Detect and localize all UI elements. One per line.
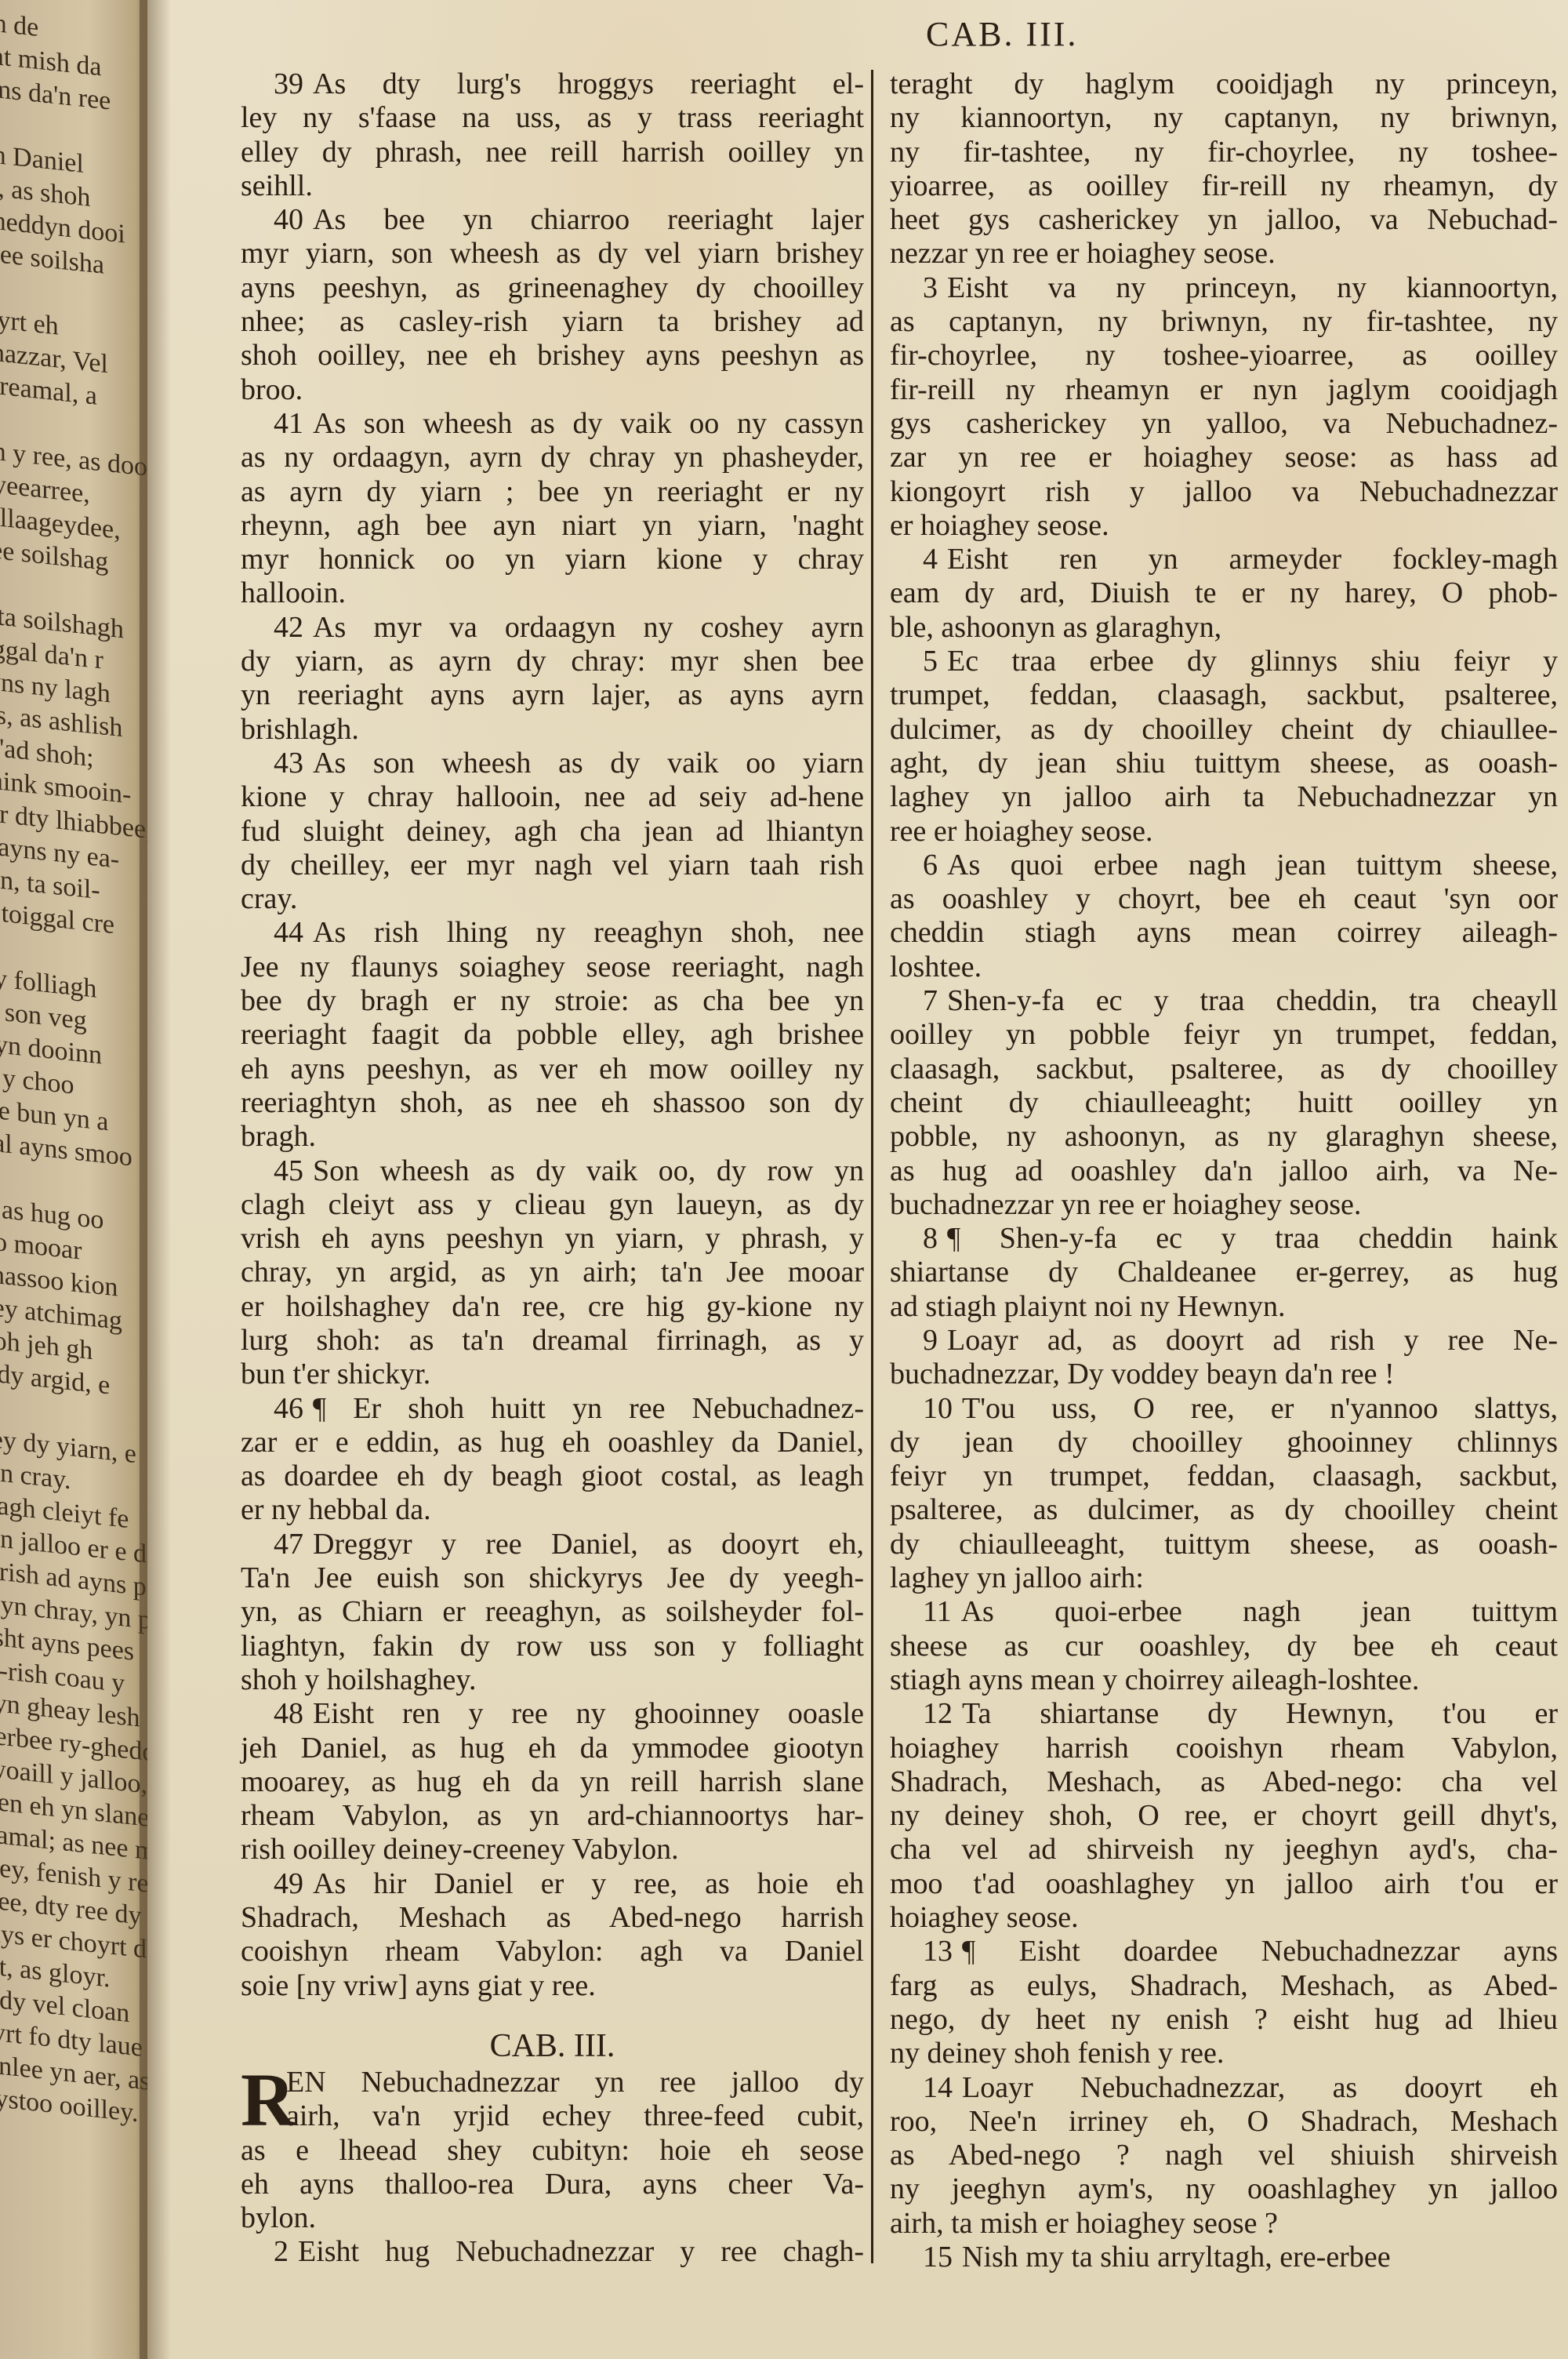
line-text: lurg shoh: as ta'n dreamal firrinagh, as… xyxy=(241,1324,864,1357)
line-text: teraght dy haglym cooidjagh ny princeyn, xyxy=(890,67,1558,100)
line-text: buchadnezzar yn ree er hoiaghey seose. xyxy=(890,1188,1361,1221)
chapter-opening: REN Nebuchadnezzar yn ree jalloo dyairh,… xyxy=(241,2066,864,2235)
verse-line: aght, dy jean shiu tuittym sheese, as oo… xyxy=(890,747,1558,780)
line-text: fir-reill ny rheamyn er nyn jaglym cooid… xyxy=(890,373,1558,406)
line-text: as hug ad ooashley da'n jalloo airh, va … xyxy=(890,1154,1558,1187)
line-text: shoh y hoilshaghey. xyxy=(241,1663,476,1696)
verse-line: yn, as Chiarn er reeaghyn, as soilsheyde… xyxy=(241,1595,864,1629)
line-text: kiongoyrt rish y jalloo va Nebuchadnezza… xyxy=(890,475,1558,508)
verse-number: 9 xyxy=(923,1324,938,1357)
line-text: As quoi erbee nagh jean tuittym sheese, xyxy=(947,849,1558,881)
line-text: yioarree, as ooilley fir-reill ny rheamy… xyxy=(890,169,1558,202)
line-text: As bee yn chiarroo reeriaght lajer xyxy=(313,203,864,236)
verse-number: 10 xyxy=(923,1392,953,1425)
verse-number: 13 xyxy=(923,1935,953,1968)
verse-first-line: 39As dty lurg's hroggys reeriaght el- xyxy=(241,67,864,101)
line-text: cray. xyxy=(241,882,297,915)
line-text: rheam Vabylon, as yn ard-chiannoortys ha… xyxy=(241,1799,864,1832)
continuation-line: nezzar yn ree er hoiaghey seose. xyxy=(890,237,1558,271)
verse-line: brishlagh. xyxy=(241,713,864,747)
verse-number: 14 xyxy=(923,2071,953,2104)
verse-line: shoh y hoilshaghey. xyxy=(241,1663,864,1697)
line-text: As son wheesh as dy vaik oo ny cassyn xyxy=(313,407,864,440)
verse-line: dy yiarn, as ayrn dy chray: myr shen bee xyxy=(241,645,864,678)
verse-first-line: 6As quoi erbee nagh jean tuittym sheese, xyxy=(890,849,1558,882)
verse-line: farg as eulys, Shadrach, Meshach, as Abe… xyxy=(890,1969,1558,2003)
verse-number: 3 xyxy=(923,271,938,304)
line-text: as Abed-nego ? nagh vel shiuish shirveis… xyxy=(890,2139,1558,2172)
verse-line: ad stiagh plaiynt noi ny Hewnyn. xyxy=(890,1290,1558,1324)
verse-number: 15 xyxy=(923,2241,953,2274)
line-text: dy chiaulleeaght, tuittym sheese, as ooa… xyxy=(890,1528,1558,1561)
verse-line: feiyr yn trumpet, feddan, claasagh, sack… xyxy=(890,1459,1558,1493)
line-text: reeriaghtyn shoh, as nee eh shassoo son … xyxy=(241,1086,864,1119)
line-text: fud sluight deiney, agh cha jean ad lhia… xyxy=(241,815,864,848)
verse-number: 2 xyxy=(274,2235,289,2268)
verse-line: seihll. xyxy=(241,169,864,203)
verse-line: as doardee eh dy beagh gioot costal, as … xyxy=(241,1459,864,1493)
verse-line: laghey yn jalloo airh: xyxy=(890,1561,1558,1595)
line-text: laghey yn jalloo airh: xyxy=(890,1561,1144,1594)
verse-line: rish ooilley deiney-creeney Vabylon. xyxy=(241,1833,864,1866)
verse-first-line: 41As son wheesh as dy vaik oo ny cassyn xyxy=(241,407,864,441)
verse-line: moo t'ad ooashlaghey yn jalloo airh t'ou… xyxy=(890,1867,1558,1901)
line-text: ooilley yn pobble feiyr yn trumpet, fedd… xyxy=(890,1018,1558,1051)
verse-first-line: 43As son wheesh as dy vaik oo yiarn xyxy=(241,747,864,780)
line-text: airh, va'n yrjid echey three-feed cubit, xyxy=(286,2099,864,2132)
facing-page-fragment: ole uss nish deon: cur lhiat mish dasoil… xyxy=(0,0,147,2359)
verse-number: 44 xyxy=(274,916,303,949)
line-text: bragh. xyxy=(241,1120,316,1153)
line-text: myr honnick oo yn yiarn kione y chray xyxy=(241,543,864,576)
line-text: Nish my ta shiu arryltagh, ere-erbee xyxy=(962,2241,1391,2274)
line-text: as doardee eh dy beagh gioot costal, as … xyxy=(241,1459,864,1492)
line-text: cha vel ad shirveish ny jeeghyn ayd's, c… xyxy=(890,1833,1558,1866)
text-line: airh, va'n yrjid echey three-feed cubit, xyxy=(241,2099,864,2133)
verse-line: ree er hoiaghey seose. xyxy=(890,815,1558,849)
line-text: Ta'n Jee euish son shickyrys Jee dy yeeg… xyxy=(241,1561,864,1594)
verse-line: ny jeeghyn aym's, ny ooashlaghey yn jall… xyxy=(890,2172,1558,2206)
verse-line: jeh Daniel, as hug eh da ymmodee giootyn xyxy=(241,1732,864,1765)
verse-line: reeriaghtyn shoh, as nee eh shassoo son … xyxy=(241,1086,864,1120)
line-text: Eisht va ny princeyn, ny kiannoortyn, xyxy=(947,271,1558,304)
verse-line: as ny ordaagyn, ayrn dy chray yn phashey… xyxy=(241,441,864,474)
line-text: chray, yn argid, as yn airh; ta'n Jee mo… xyxy=(241,1256,864,1289)
right-column: teraght dy haglym cooidjagh ny princeyn,… xyxy=(890,67,1558,2274)
facing-page-text: ole uss nish deon: cur lhiat mish dasoil… xyxy=(0,0,147,2165)
gutter-shadow xyxy=(140,0,171,2359)
verse-line: dy jean dy chooilley ghooinney chlinnys xyxy=(890,1426,1558,1459)
line-text: dy cheilley, eer myr nagh vel yiarn taah… xyxy=(241,849,864,881)
line-text: eh ayns thalloo-rea Dura, ayns cheer Va- xyxy=(241,2168,864,2201)
verse-line: pobble, ny ashoonyn, as ny glaraghyn she… xyxy=(890,1120,1558,1154)
verse-line: Shadrach, Meshach, as Abed-nego: cha vel xyxy=(890,1765,1558,1799)
verse-line: kione y chray hallooin, nee ad seiy ad-h… xyxy=(241,780,864,814)
continuation-line: teraght dy haglym cooidjagh ny princeyn, xyxy=(890,67,1558,101)
verse-line: ny deiney shoh fenish y ree. xyxy=(890,2037,1558,2070)
verse-line: laghey yn jalloo airh ta Nebuchadnezzar … xyxy=(890,780,1558,814)
line-text: Loayr Nebuchadnezzar, as dooyrt eh xyxy=(962,2071,1558,2104)
verse-first-line: 45Son wheesh as dy vaik oo, dy row yn xyxy=(241,1154,864,1188)
verse-number: 47 xyxy=(274,1528,303,1561)
line-text: as ny ordaagyn, ayrn dy chray yn phashey… xyxy=(241,441,864,474)
line-text: bee dy bragh er ny stroie: as cha bee yn xyxy=(241,984,864,1017)
verse-line: claasagh, sackbut, psalteree, as dy choo… xyxy=(890,1052,1558,1086)
line-text: Eisht ren yn armeyder fockley-magh xyxy=(947,543,1558,576)
verse-line: er hoilshaghey da'n ree, cre hig gy-kion… xyxy=(241,1290,864,1324)
verse-line: cheddin stiagh ayns mean coirrey aileagh… xyxy=(890,916,1558,950)
verse-line: fud sluight deiney, agh cha jean ad lhia… xyxy=(241,815,864,849)
line-text: sheese as cur ooashley, dy bee eh ceaut xyxy=(890,1630,1558,1663)
line-text: Ec traa erbee dy glinnys shiu feiyr y xyxy=(947,645,1558,678)
line-text: ny deiney shoh, O ree, er choyrt geill d… xyxy=(890,1799,1558,1832)
verse-line: rheynn, agh bee ayn niart yn yiarn, 'nag… xyxy=(241,509,864,543)
line-text: Shen-y-fa ec y traa cheddin, tra cheayll xyxy=(947,984,1558,1017)
verse-first-line: 7Shen-y-fa ec y traa cheddin, tra cheayl… xyxy=(890,984,1558,1018)
verse-number: 39 xyxy=(274,67,303,100)
verse-number: 43 xyxy=(274,747,303,780)
verse-line: fir-choyrlee, ny toshee-yioarree, as ooi… xyxy=(890,339,1558,373)
verse-line: sheese as cur ooashley, dy bee eh ceaut xyxy=(890,1630,1558,1663)
verse-number: 6 xyxy=(923,849,938,881)
line-text: gys casherickey yn yalloo, va Nebuchadne… xyxy=(890,407,1558,440)
running-head: CAB. III. xyxy=(926,14,1078,54)
line-text: bun t'er shickyr. xyxy=(241,1358,430,1390)
line-text: er ny hebbal da. xyxy=(241,1493,431,1526)
verse-first-line: 5Ec traa erbee dy glinnys shiu feiyr y xyxy=(890,645,1558,678)
verse-line: buchadnezzar, Dy voddey beayn da'n ree ! xyxy=(890,1358,1558,1391)
verse-line: buchadnezzar yn ree er hoiaghey seose. xyxy=(890,1188,1558,1222)
line-text: As rish lhing ny reeaghyn shoh, nee xyxy=(313,916,864,949)
line-text: Loayr ad, as dooyrt ad rish y ree Ne- xyxy=(947,1324,1558,1357)
line-text: kione y chray hallooin, nee ad seiy ad-h… xyxy=(241,780,864,813)
verse-line: fir-reill ny rheamyn er nyn jaglym cooid… xyxy=(890,373,1558,407)
line-text: T'ou uss, O ree, er n'yannoo slattys, xyxy=(962,1392,1558,1425)
verse-line: gys casherickey yn yalloo, va Nebuchadne… xyxy=(890,407,1558,441)
line-text: yn, as Chiarn er reeaghyn, as soilsheyde… xyxy=(241,1595,864,1628)
verse-line: cooishyn rheam Vabylon: agh va Daniel xyxy=(241,1935,864,1968)
line-text: loshtee. xyxy=(890,951,982,983)
verse-first-line: 3Eisht va ny princeyn, ny kiannoortyn, xyxy=(890,271,1558,305)
line-text: ad stiagh plaiynt noi ny Hewnyn. xyxy=(890,1290,1285,1323)
verse-first-line: 42As myr va ordaagyn ny coshey ayrn xyxy=(241,611,864,645)
verse-line: liaghtyn, fakin dy row uss son y folliag… xyxy=(241,1630,864,1663)
text-line: bylon. xyxy=(241,2201,864,2235)
verse-first-line: 47Dreggyr y ree Daniel, as dooyrt eh, xyxy=(241,1528,864,1561)
line-text: as ooashley y choyrt, bee eh ceaut 'syn … xyxy=(890,882,1558,915)
line-text: feiyr yn trumpet, feddan, claasagh, sack… xyxy=(890,1459,1558,1492)
line-text: Shadrach, Meshach, as Abed-nego: cha vel xyxy=(890,1765,1558,1798)
continuation-line: ny fir-tashtee, ny fir-choyrlee, ny tosh… xyxy=(890,136,1558,169)
verse-line: myr honnick oo yn yiarn kione y chray xyxy=(241,543,864,576)
line-text: claasagh, sackbut, psalteree, as dy choo… xyxy=(890,1052,1558,1085)
line-text: As hir Daniel er y ree, as hoie eh xyxy=(313,1867,864,1900)
verse-line: chray, yn argid, as yn airh; ta'n Jee mo… xyxy=(241,1256,864,1289)
verse-first-line: 13¶ Eisht doardee Nebuchadnezzar ayns xyxy=(890,1935,1558,1968)
verse-line: shiartanse dy Chaldeanee er-gerrey, as h… xyxy=(890,1256,1558,1289)
verse-line: nego, dy heet ny enish ? eisht hug ad lh… xyxy=(890,2003,1558,2037)
line-text: dy jean dy chooilley ghooinney chlinnys xyxy=(890,1426,1558,1459)
line-text: bylon. xyxy=(241,2201,316,2234)
line-text: Ta shiartanse dy Hewnyn, t'ou er xyxy=(962,1697,1558,1730)
continuation-line: ny kiannoortyn, ny captanyn, ny briwnyn, xyxy=(890,101,1558,135)
line-text: broo. xyxy=(241,373,303,406)
verse-line: zar er e eddin, as hug eh ooashley da Da… xyxy=(241,1426,864,1459)
verse-line: ooilley yn pobble feiyr yn trumpet, fedd… xyxy=(890,1018,1558,1052)
line-text: nhee; as casley-rish yiarn ta brishey ad xyxy=(241,305,864,338)
line-text: brishlagh. xyxy=(241,713,359,746)
line-text: liaghtyn, fakin dy row uss son y folliag… xyxy=(241,1630,864,1663)
line-text: shoh ooilley, nee eh brishey ayns peeshy… xyxy=(241,339,864,372)
line-text: cheint dy chiaulleeaght; huitt ooilley y… xyxy=(890,1086,1558,1119)
line-text: dulcimer, as dy chooilley cheint dy chia… xyxy=(890,713,1558,746)
verse-line: Shadrach, Meshach as Abed-nego harrish xyxy=(241,1901,864,1935)
line-text: ny fir-tashtee, ny fir-choyrlee, ny tosh… xyxy=(890,136,1558,169)
verse-number: 41 xyxy=(274,407,303,440)
line-text: er hoiaghey seose. xyxy=(890,509,1109,542)
line-text: ny kiannoortyn, ny captanyn, ny briwnyn, xyxy=(890,101,1558,134)
verse-line: er ny hebbal da. xyxy=(241,1493,864,1527)
verse-first-line: 4Eisht ren yn armeyder fockley-magh xyxy=(890,543,1558,576)
line-text: hallooin. xyxy=(241,576,346,609)
line-text: rheynn, agh bee ayn niart yn yiarn, 'nag… xyxy=(241,509,864,542)
verse-number: 48 xyxy=(274,1697,303,1730)
verse-line: dy chiaulleeaght, tuittym sheese, as ooa… xyxy=(890,1528,1558,1561)
left-column: 39As dty lurg's hroggys reeriaght el-ley… xyxy=(241,67,864,2270)
verse-first-line: 8¶ Shen-y-fa ec y traa cheddin haink xyxy=(890,1222,1558,1256)
line-text: Eisht hug Nebuchadnezzar y ree chagh- xyxy=(298,2235,864,2268)
line-text: yn reeriaght ayns ayrn lajer, as ayns ay… xyxy=(241,678,864,711)
verse-line: cheint dy chiaulleeaght; huitt ooilley y… xyxy=(890,1086,1558,1120)
line-text: hoiaghey harrish cooishyn rheam Vabylon, xyxy=(890,1732,1558,1765)
verse-line: ayns peeshyn, as grineenaghey dy chooill… xyxy=(241,271,864,305)
line-text: as ayrn dy yiarn ; bee yn reeriaght er n… xyxy=(241,475,864,508)
line-text: ley ny s'faase na uss, as y trass reeria… xyxy=(241,101,864,134)
verse-line: yn reeriaght ayns ayrn lajer, as ayns ay… xyxy=(241,678,864,712)
line-text: hoiaghey seose. xyxy=(890,1901,1079,1934)
line-text: ny deiney shoh fenish y ree. xyxy=(890,2037,1224,2070)
line-text: heet gys casherickey yn jalloo, va Nebuc… xyxy=(890,203,1558,236)
verse-number: 11 xyxy=(923,1595,952,1628)
line-text: Jee ny flaunys soiaghey seose reeriaght,… xyxy=(241,951,864,983)
line-text: as captanyn, ny briwnyn, ny fir-tashtee,… xyxy=(890,305,1558,338)
text-line: as e lheead shey cubityn: hoie eh seose xyxy=(241,2134,864,2168)
verse-line: soie [ny vriw] ayns giat y ree. xyxy=(241,1969,864,2003)
line-text: Eisht ren y ree ny ghooinney ooasle xyxy=(313,1697,864,1730)
verse-line: hallooin. xyxy=(241,576,864,610)
line-text: ny jeeghyn aym's, ny ooashlaghey yn jall… xyxy=(890,2172,1558,2205)
line-text: fir-choyrlee, ny toshee-yioarree, as ooi… xyxy=(890,339,1558,372)
verse-line: broo. xyxy=(241,373,864,407)
line-text: ¶ Eisht doardee Nebuchadnezzar ayns xyxy=(962,1935,1558,1968)
verse-line: hoiaghey seose. xyxy=(890,1901,1558,1935)
line-text: mooarey, as hug eh da yn reill harrish s… xyxy=(241,1765,864,1798)
line-text: airh, ta mish er hoiaghey seose ? xyxy=(890,2207,1278,2240)
line-text: nezzar yn ree er hoiaghey seose. xyxy=(890,237,1276,270)
verse-line: ley ny s'faase na uss, as y trass reeria… xyxy=(241,101,864,135)
line-text: ble, ashoonyn as glaraghyn, xyxy=(890,611,1221,644)
line-text: dy yiarn, as ayrn dy chray: myr shen bee xyxy=(241,645,864,678)
line-text: shiartanse dy Chaldeanee er-gerrey, as h… xyxy=(890,1256,1558,1289)
line-text: As quoi-erbee nagh jean tuittym xyxy=(961,1595,1558,1628)
verse-line: vrish eh ayns peeshyn yn yiarn, y phrash… xyxy=(241,1222,864,1256)
line-text: As myr va ordaagyn ny coshey ayrn xyxy=(313,611,864,644)
verse-number: 46 xyxy=(274,1392,303,1425)
verse-line: hoiaghey harrish cooishyn rheam Vabylon, xyxy=(890,1732,1558,1765)
verse-first-line: 49As hir Daniel er y ree, as hoie eh xyxy=(241,1867,864,1901)
verse-line: lurg shoh: as ta'n dreamal firrinagh, as… xyxy=(241,1324,864,1358)
line-text: seihll. xyxy=(241,169,313,202)
line-text: As dty lurg's hroggys reeriaght el- xyxy=(313,67,864,100)
line-text: laghey yn jalloo airh ta Nebuchadnezzar … xyxy=(890,780,1558,813)
verse-first-line: 44As rish lhing ny reeaghyn shoh, nee xyxy=(241,916,864,950)
line-text: stiagh ayns mean y choirrey aileagh-losh… xyxy=(890,1663,1419,1696)
verse-number: 12 xyxy=(923,1697,953,1730)
verse-number: 4 xyxy=(923,543,938,576)
line-text: rish ooilley deiney-creeney Vabylon. xyxy=(241,1833,679,1866)
verse-line: dy cheilley, eer myr nagh vel yiarn taah… xyxy=(241,849,864,882)
verse-line: shoh ooilley, nee eh brishey ayns peeshy… xyxy=(241,339,864,373)
verse-line: as hug ad ooashley da'n jalloo airh, va … xyxy=(890,1154,1558,1188)
line-text: elley dy phrash, nee reill harrish ooill… xyxy=(241,136,864,169)
line-text: zar er e eddin, as hug eh ooashley da Da… xyxy=(241,1426,864,1459)
verse-first-line: 2Eisht hug Nebuchadnezzar y ree chagh- xyxy=(241,2235,864,2269)
verse-line: cray. xyxy=(241,882,864,916)
line-text: reeriaght faagit da pobble elley, agh br… xyxy=(241,1018,864,1051)
line-text: soie [ny vriw] ayns giat y ree. xyxy=(241,1969,596,2002)
chapter-heading: CAB. III. xyxy=(241,2011,864,2066)
verse-line: loshtee. xyxy=(890,951,1558,984)
line-text: aght, dy jean shiu tuittym sheese, as oo… xyxy=(890,747,1558,780)
verse-line: psalteree, as dulcimer, as dy chooilley … xyxy=(890,1493,1558,1527)
line-text: as e lheead shey cubityn: hoie eh seose xyxy=(241,2134,864,2167)
verse-line: bragh. xyxy=(241,1120,864,1154)
verse-line: clagh cleiyt ass y clieau gyn laueyn, as… xyxy=(241,1188,864,1222)
line-text: nego, dy heet ny enish ? eisht hug ad lh… xyxy=(890,2003,1558,2036)
text-line: eh ayns thalloo-rea Dura, ayns cheer Va- xyxy=(241,2168,864,2201)
verse-first-line: 15Nish my ta shiu arryltagh, ere-erbee xyxy=(890,2241,1558,2274)
verse-line: elley dy phrash, nee reill harrish ooill… xyxy=(241,136,864,169)
verse-number: 8 xyxy=(923,1222,938,1255)
verse-number: 45 xyxy=(274,1154,303,1187)
verse-line: bun t'er shickyr. xyxy=(241,1358,864,1391)
verse-line: rheam Vabylon, as yn ard-chiannoortys ha… xyxy=(241,1799,864,1833)
verse-line: airh, ta mish er hoiaghey seose ? xyxy=(890,2207,1558,2241)
line-text: myr yiarn, son wheesh as dy vel yiarn br… xyxy=(241,237,864,270)
line-text: jeh Daniel, as hug eh da ymmodee giootyn xyxy=(241,1732,864,1765)
verse-line: ny deiney shoh, O ree, er choyrt geill d… xyxy=(890,1799,1558,1833)
line-text: clagh cleiyt ass y clieau gyn laueyn, as… xyxy=(241,1188,864,1221)
verse-line: roo, Nee'n irriney eh, O Shadrach, Mesha… xyxy=(890,2105,1558,2139)
verse-first-line: 48Eisht ren y ree ny ghooinney ooasle xyxy=(241,1697,864,1731)
verse-line: kiongoyrt rish y jalloo va Nebuchadnezza… xyxy=(890,475,1558,509)
verse-first-line: 46¶ Er shoh huitt yn ree Nebuchadnez- xyxy=(241,1392,864,1426)
verse-line: trumpet, feddan, claasagh, sackbut, psal… xyxy=(890,678,1558,712)
line-text: EN Nebuchadnezzar yn ree jalloo dy xyxy=(286,2066,864,2099)
verse-line: bee dy bragh er ny stroie: as cha bee yn xyxy=(241,984,864,1018)
line-text: Dreggyr y ree Daniel, as dooyrt eh, xyxy=(313,1528,864,1561)
verse-number: 7 xyxy=(923,984,938,1017)
drop-cap: R xyxy=(241,2069,295,2132)
verse-line: dulcimer, as dy chooilley cheint dy chia… xyxy=(890,713,1558,747)
line-text: ¶ Shen-y-fa ec y traa cheddin haink xyxy=(947,1222,1558,1255)
chapter-first-line: EN Nebuchadnezzar yn ree jalloo dy xyxy=(241,2066,864,2099)
line-text: cooishyn rheam Vabylon: agh va Daniel xyxy=(241,1935,864,1968)
verse-line: myr yiarn, son wheesh as dy vel yiarn br… xyxy=(241,237,864,271)
continuation-line: yioarree, as ooilley fir-reill ny rheamy… xyxy=(890,169,1558,203)
verse-line: Jee ny flaunys soiaghey seose reeriaght,… xyxy=(241,951,864,984)
line-text: farg as eulys, Shadrach, Meshach, as Abe… xyxy=(890,1969,1558,2002)
line-text: vrish eh ayns peeshyn yn yiarn, y phrash… xyxy=(241,1222,864,1255)
verse-number: 42 xyxy=(274,611,303,644)
verse-line: nhee; as casley-rish yiarn ta brishey ad xyxy=(241,305,864,339)
line-text: roo, Nee'n irriney eh, O Shadrach, Mesha… xyxy=(890,2105,1558,2138)
verse-line: eh ayns peeshyn, as ver eh mow ooilley n… xyxy=(241,1052,864,1086)
line-text: zar yn ree er hoiaghey seose: as hass ad xyxy=(890,441,1558,474)
verse-line: as captanyn, ny briwnyn, ny fir-tashtee,… xyxy=(890,305,1558,339)
line-text: eam dy ard, Diuish te er ny harey, O pho… xyxy=(890,576,1558,609)
verse-line: Ta'n Jee euish son shickyrys Jee dy yeeg… xyxy=(241,1561,864,1595)
verse-line: cha vel ad shirveish ny jeeghyn ayd's, c… xyxy=(890,1833,1558,1866)
verse-first-line: 14Loayr Nebuchadnezzar, as dooyrt eh xyxy=(890,2071,1558,2105)
line-text: ayns peeshyn, as grineenaghey dy chooill… xyxy=(241,271,864,304)
verse-line: eam dy ard, Diuish te er ny harey, O pho… xyxy=(890,576,1558,610)
line-text: cheddin stiagh ayns mean coirrey aileagh… xyxy=(890,916,1558,949)
verse-number: 5 xyxy=(923,645,938,678)
column-divider xyxy=(871,70,873,2263)
line-text: moo t'ad ooashlaghey yn jalloo airh t'ou… xyxy=(890,1867,1558,1900)
line-text: ree er hoiaghey seose. xyxy=(890,815,1153,848)
line-text: trumpet, feddan, claasagh, sackbut, psal… xyxy=(890,678,1558,711)
line-text: psalteree, as dulcimer, as dy chooilley … xyxy=(890,1493,1558,1526)
line-text: Son wheesh as dy vaik oo, dy row yn xyxy=(313,1154,864,1187)
verse-first-line: 12Ta shiartanse dy Hewnyn, t'ou er xyxy=(890,1697,1558,1731)
line-text: Shadrach, Meshach as Abed-nego harrish xyxy=(241,1901,864,1934)
verse-line: er hoiaghey seose. xyxy=(890,509,1558,543)
line-text: pobble, ny ashoonyn, as ny glaraghyn she… xyxy=(890,1120,1558,1153)
line-text: As son wheesh as dy vaik oo yiarn xyxy=(313,747,864,780)
verse-line: as ooashley y choyrt, bee eh ceaut 'syn … xyxy=(890,882,1558,916)
verse-first-line: 40As bee yn chiarroo reeriaght lajer xyxy=(241,203,864,237)
verse-first-line: 10T'ou uss, O ree, er n'yannoo slattys, xyxy=(890,1392,1558,1426)
line-text: ¶ Er shoh huitt yn ree Nebuchadnez- xyxy=(313,1392,864,1425)
verse-line: as Abed-nego ? nagh vel shiuish shirveis… xyxy=(890,2139,1558,2172)
verse-line: stiagh ayns mean y choirrey aileagh-losh… xyxy=(890,1663,1558,1697)
verse-line: zar yn ree er hoiaghey seose: as hass ad xyxy=(890,441,1558,474)
verse-number: 40 xyxy=(274,203,303,236)
book-page: CAB. III. 39As dty lurg's hroggys reeria… xyxy=(147,0,1568,2359)
continuation-line: heet gys casherickey yn jalloo, va Nebuc… xyxy=(890,203,1558,237)
verse-first-line: 9Loayr ad, as dooyrt ad rish y ree Ne- xyxy=(890,1324,1558,1358)
verse-line: reeriaght faagit da pobble elley, agh br… xyxy=(241,1018,864,1052)
line-text: er hoilshaghey da'n ree, cre hig gy-kion… xyxy=(241,1290,864,1323)
line-text: eh ayns peeshyn, as ver eh mow ooilley n… xyxy=(241,1052,864,1085)
verse-line: ble, ashoonyn as glaraghyn, xyxy=(890,611,1558,645)
verse-first-line: 11As quoi-erbee nagh jean tuittym xyxy=(890,1595,1558,1629)
verse-line: mooarey, as hug eh da yn reill harrish s… xyxy=(241,1765,864,1799)
verse-line: as ayrn dy yiarn ; bee yn reeriaght er n… xyxy=(241,475,864,509)
line-text: buchadnezzar, Dy voddey beayn da'n ree ! xyxy=(890,1358,1395,1390)
verse-number: 49 xyxy=(274,1867,303,1900)
